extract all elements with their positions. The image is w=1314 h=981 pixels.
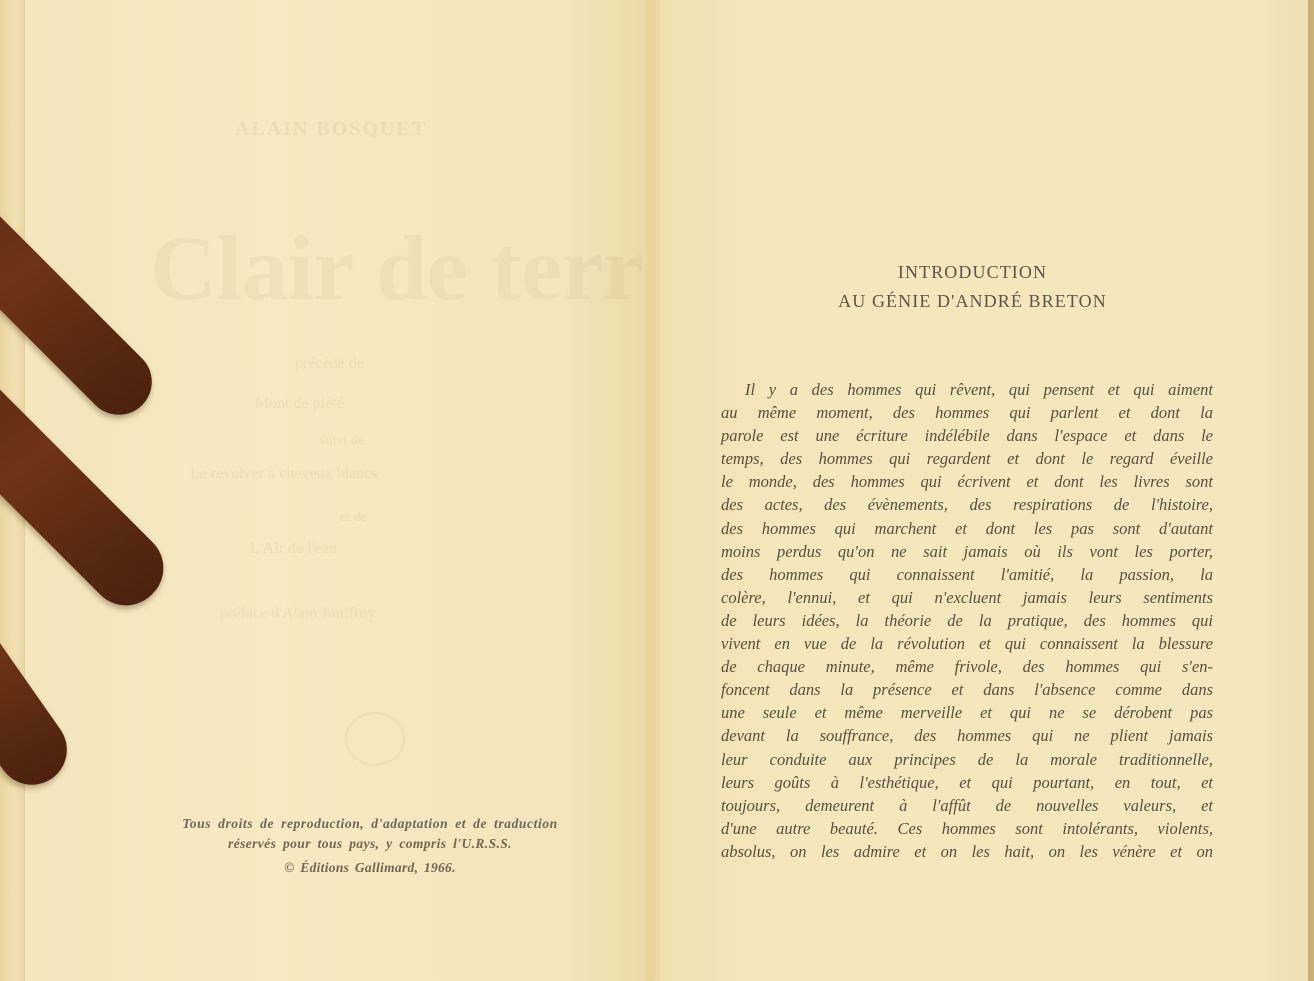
chapter-heading-line-1: INTRODUCTION [720,258,1225,287]
text-line: absolus, on les admire et on les hait, o… [721,840,1213,863]
text-line: moins perdus qu'on ne sait jamais où ils… [721,540,1213,563]
show-through-line: et de [340,510,367,526]
show-through-line: Mont de piété [255,395,344,413]
copyright-notice: Tous droits de reproduction, d'adaptatio… [120,814,620,878]
text-line: toujours, demeurent à l'affût de nouvell… [721,794,1213,817]
text-line: une seule et même merveille et qui ne se… [721,701,1213,724]
text-line: des hommes qui marchent et dont les pas … [721,517,1213,540]
show-through-line: L'Air de l'eau [250,540,337,558]
text-line: parole est une écriture indélébile dans … [721,424,1213,447]
show-through-line: précédé de [295,355,364,373]
text-line: leurs goûts à l'esthétique, et qui pourt… [721,771,1213,794]
book-edge-right [1308,0,1314,981]
show-through-line: Le revolver à cheveux blancs [190,465,377,483]
text-line: des hommes qui connaissent l'amitié, la … [721,563,1213,586]
text-line: de leurs idées, la théorie de la pratiqu… [721,609,1213,632]
text-line: des actes, des évènements, des respirati… [721,493,1213,516]
show-through-title: Clair de terre [150,215,683,321]
text-line: leur conduite aux principes de la morale… [721,748,1213,771]
text-line: Il y a des hommes qui rêvent, qui pensen… [721,378,1213,401]
text-line: devant la souffrance, des hommes qui ne … [721,724,1213,747]
body-paragraph: Il y a des hommes qui rêvent, qui pensen… [721,378,1213,863]
text-line: foncent dans la présence et dans l'absen… [721,678,1213,701]
text-line: colère, l'ennui, et qui n'excluent jamai… [721,586,1213,609]
open-book-spread: ALAIN BOSQUET Clair de terre précédé de … [0,0,1314,981]
copyright-line-3: © Éditions Gallimard, 1966. [120,858,620,878]
publisher-logo-show-through [345,712,405,766]
text-line: de chaque minute, même frivole, des homm… [721,655,1213,678]
show-through-line: préface d'Alain Jouffroy [220,605,375,623]
text-line: temps, des hommes qui regardent et dont … [721,447,1213,470]
text-line: au même moment, des hommes qui parlent e… [721,401,1213,424]
chapter-heading-line-2: AU GÉNIE D'ANDRÉ BRETON [720,287,1225,316]
show-through-line: suivi de [320,433,364,449]
chapter-heading: INTRODUCTION AU GÉNIE D'ANDRÉ BRETON [720,258,1225,316]
text-line: le monde, des hommes qui écrivent et don… [721,470,1213,493]
copyright-line-2: réservés pour tous pays, y compris l'U.R… [120,834,620,854]
copyright-line-1: Tous droits de reproduction, d'adaptatio… [120,814,620,834]
text-line: d'une autre beauté. Ces hommes sont into… [721,817,1213,840]
text-line: vivent en vue de la révolution et qui co… [721,632,1213,655]
show-through-author: ALAIN BOSQUET [235,118,427,141]
